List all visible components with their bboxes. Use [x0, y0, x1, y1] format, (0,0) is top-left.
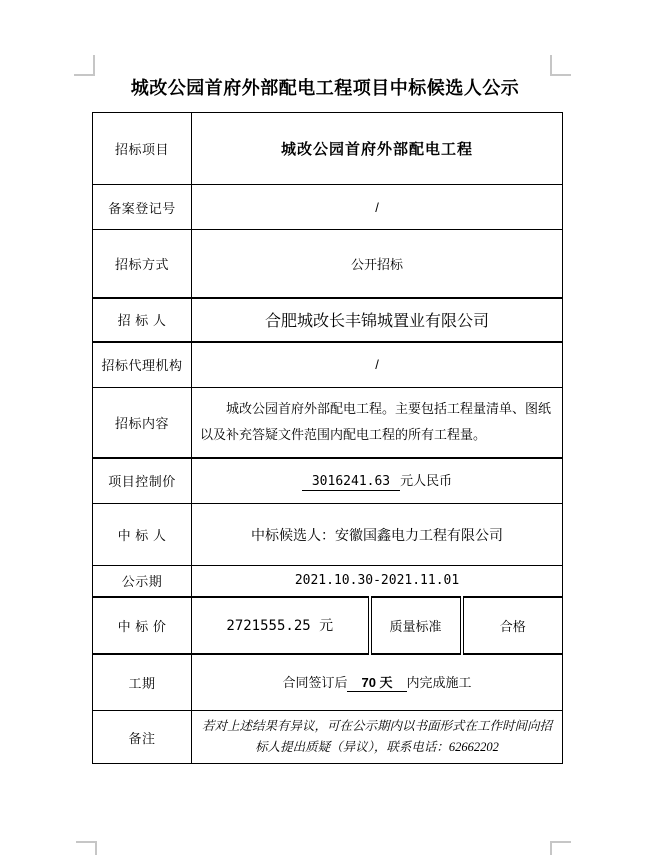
- publicity-period-value: 2021.10.30-2021.11.01: [192, 566, 563, 597]
- row-tender-content: 招标内容 城改公园首府外部配电工程。主要包括工程量清单、图纸以及补充答疑文件范围…: [93, 388, 563, 458]
- tender-agency-label: 招标代理机构: [93, 342, 192, 388]
- record-number-value: /: [192, 185, 563, 230]
- row-tender-method: 招标方式 公开招标: [93, 230, 563, 298]
- row-remarks: 备注 若对上述结果有异议，可在公示期内以书面形式在工作时间向招标人提出质疑（异议…: [93, 711, 563, 764]
- row-tender-agency: 招标代理机构 /: [93, 342, 563, 388]
- announcement-table: 招标项目 城改公园首府外部配电工程 备案登记号 / 招标方式 公开招标 招 标 …: [92, 112, 563, 764]
- tenderee-label: 招 标 人: [93, 298, 192, 342]
- construction-period-suffix: 内完成施工: [407, 675, 472, 690]
- winning-bidder-value: 中标候选人：安徽国鑫电力工程有限公司: [192, 504, 563, 566]
- construction-period-days: 70 天: [347, 675, 406, 692]
- tender-project-label: 招标项目: [93, 113, 192, 185]
- construction-period-prefix: 合同签订后: [282, 675, 347, 690]
- publicity-period-label: 公示期: [93, 566, 192, 597]
- document-page: 城改公园首府外部配电工程项目中标候选人公示 招标项目 城改公园首府外部配电工程 …: [0, 0, 650, 855]
- tender-content-label: 招标内容: [93, 388, 192, 458]
- tender-agency-value: /: [192, 342, 563, 388]
- control-price-amount: 3016241.63: [302, 474, 400, 491]
- quality-standard-value: 合格: [462, 597, 563, 654]
- winning-price-label: 中 标 价: [93, 597, 192, 654]
- record-number-label: 备案登记号: [93, 185, 192, 230]
- remarks-value: 若对上述结果有异议，可在公示期内以书面形式在工作时间向招标人提出质疑（异议），联…: [192, 711, 563, 764]
- crop-mark-top-right: [550, 55, 571, 76]
- tender-method-label: 招标方式: [93, 230, 192, 298]
- tender-content-value: 城改公园首府外部配电工程。主要包括工程量清单、图纸以及补充答疑文件范围内配电工程…: [192, 388, 563, 458]
- row-record-number: 备案登记号 /: [93, 185, 563, 230]
- crop-mark-top-left: [74, 55, 95, 76]
- crop-mark-bottom-left: [76, 841, 97, 855]
- page-title: 城改公园首府外部配电工程项目中标候选人公示: [0, 74, 650, 100]
- row-project-control-price: 项目控制价 3016241.63元人民币: [93, 458, 563, 504]
- remarks-label: 备注: [93, 711, 192, 764]
- tender-project-value: 城改公园首府外部配电工程: [192, 113, 563, 185]
- construction-period-value: 合同签订后70 天内完成施工: [192, 654, 563, 711]
- row-winning-price: 中 标 价 2721555.25 元 质量标准 合格: [93, 597, 563, 654]
- tenderee-value: 合肥城改长丰锦城置业有限公司: [192, 298, 563, 342]
- row-tender-project: 招标项目 城改公园首府外部配电工程: [93, 113, 563, 185]
- control-price-unit: 元人民币: [400, 473, 452, 488]
- row-winning-bidder: 中 标 人 中标候选人：安徽国鑫电力工程有限公司: [93, 504, 563, 566]
- row-tenderee: 招 标 人 合肥城改长丰锦城置业有限公司: [93, 298, 563, 342]
- project-control-price-value: 3016241.63元人民币: [192, 458, 563, 504]
- tender-method-value: 公开招标: [192, 230, 563, 298]
- row-publicity-period: 公示期 2021.10.30-2021.11.01: [93, 566, 563, 597]
- winning-bidder-label: 中 标 人: [93, 504, 192, 566]
- row-construction-period: 工期 合同签订后70 天内完成施工: [93, 654, 563, 711]
- construction-period-label: 工期: [93, 654, 192, 711]
- quality-standard-label: 质量标准: [370, 597, 462, 654]
- winning-price-value: 2721555.25 元: [192, 597, 370, 654]
- project-control-price-label: 项目控制价: [93, 458, 192, 504]
- crop-mark-bottom-right: [550, 841, 571, 855]
